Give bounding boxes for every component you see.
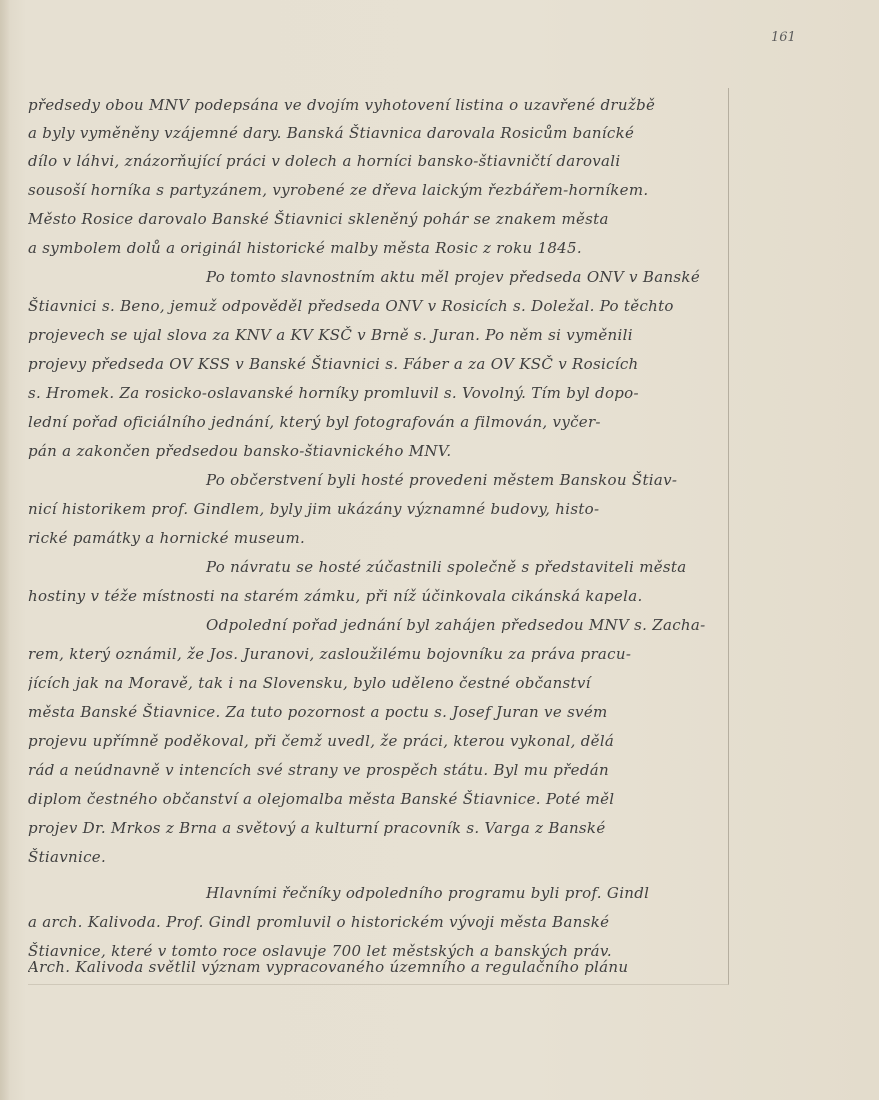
page-number: 161 <box>771 30 796 45</box>
manuscript-page: 161 předsedy obou MNV podepsána ve dvojí… <box>0 0 879 1100</box>
text-line: Štiavnice. <box>28 840 726 874</box>
text-line: Arch. Kalivoda světlil význam vypracovan… <box>28 950 726 984</box>
handwritten-text-block: předsedy obou MNV podepsána ve dvojím vy… <box>28 88 729 985</box>
book-spine-shadow <box>0 0 10 1100</box>
